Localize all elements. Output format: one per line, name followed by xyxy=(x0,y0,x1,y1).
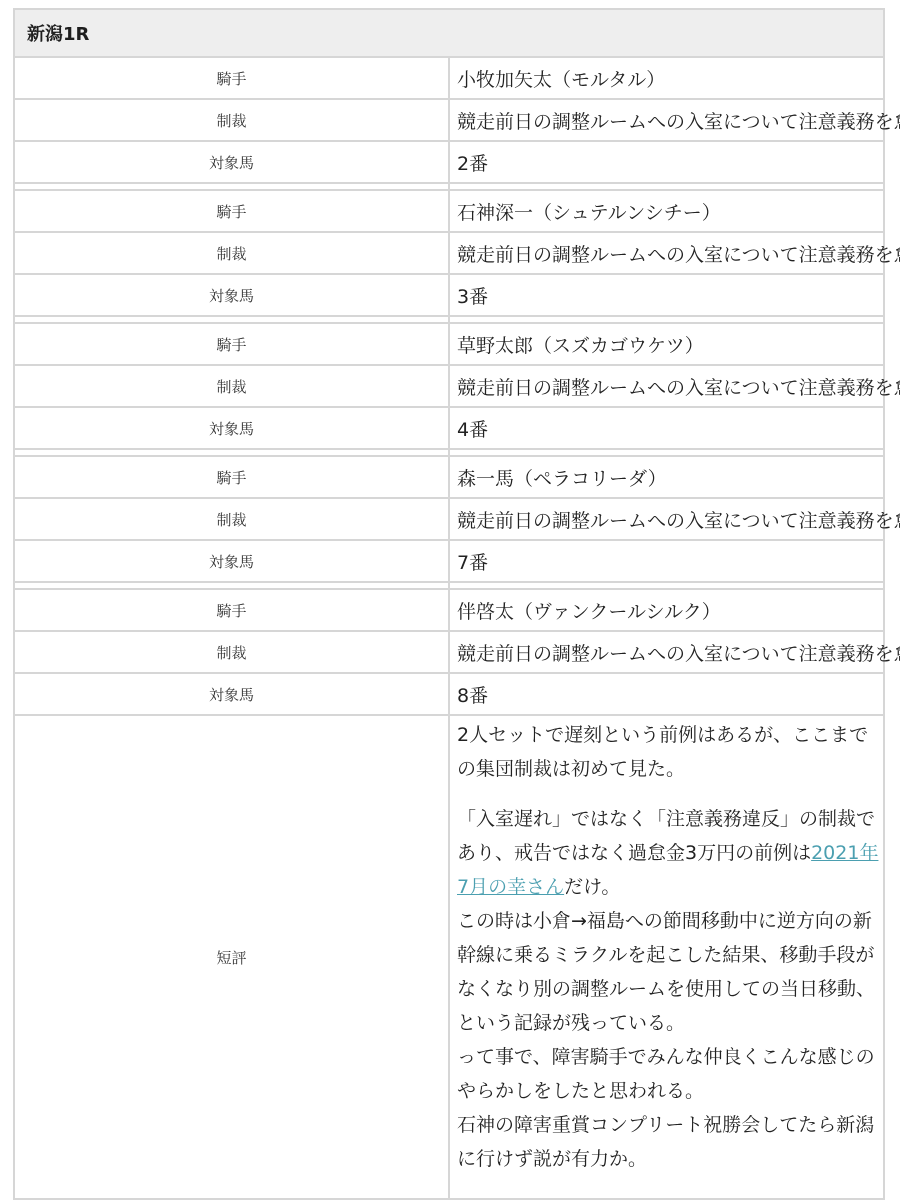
race-title: 新潟1R xyxy=(14,9,884,57)
jockey-row: 騎手 石神深一（シュテルンシチー） xyxy=(14,190,884,232)
sanction-value: 競走前日の調整ルームへの入室について注意義務を怠り過怠金30000円 xyxy=(449,498,884,540)
sanction-label: 制裁 xyxy=(14,365,449,407)
horse-row: 対象馬 7番 xyxy=(14,540,884,582)
sanction-value: 競走前日の調整ルームへの入室について注意義務を怠り過怠金30000円 xyxy=(449,99,884,141)
horse-row: 対象馬 3番 xyxy=(14,274,884,316)
jockey-value: 森一馬（ペラコリーダ） xyxy=(449,456,884,498)
sanction-row: 制裁 競走前日の調整ルームへの入室について注意義務を怠り過怠金30000円 xyxy=(14,99,884,141)
horse-value: 7番 xyxy=(449,540,884,582)
jockey-label: 騎手 xyxy=(14,323,449,365)
paragraph-gap xyxy=(457,786,879,802)
jockey-value: 小牧加矢太（モルタル） xyxy=(449,57,884,99)
jockey-row: 騎手 森一馬（ペラコリーダ） xyxy=(14,456,884,498)
separator-row xyxy=(14,449,884,456)
jockey-label: 騎手 xyxy=(14,589,449,631)
sanction-value: 競走前日の調整ルームへの入室について注意義務を怠り過怠金30000円 xyxy=(449,232,884,274)
jockey-label: 騎手 xyxy=(14,456,449,498)
sanction-row: 制裁 競走前日の調整ルームへの入室について注意義務を怠り過怠金30000円 xyxy=(14,631,884,673)
sanction-label: 制裁 xyxy=(14,631,449,673)
horse-label: 対象馬 xyxy=(14,673,449,715)
jockey-value: 草野太郎（スズカゴウケツ） xyxy=(449,323,884,365)
jockey-row: 騎手 伴啓太（ヴァンクールシルク） xyxy=(14,589,884,631)
comment-text: だけ。 xyxy=(564,876,620,898)
sanction-value: 競走前日の調整ルームへの入室について注意義務を怠り過怠金30000円 xyxy=(449,631,884,673)
sanction-row: 制裁 競走前日の調整ルームへの入室について注意義務を怠り過怠金30000円 xyxy=(14,498,884,540)
separator-row xyxy=(14,582,884,589)
sanction-value: 競走前日の調整ルームへの入室について注意義務を怠り過怠金30000円 xyxy=(449,365,884,407)
horse-value: 2番 xyxy=(449,141,884,183)
horse-label: 対象馬 xyxy=(14,274,449,316)
sanction-label: 制裁 xyxy=(14,232,449,274)
horse-value: 3番 xyxy=(449,274,884,316)
sanction-label: 制裁 xyxy=(14,498,449,540)
jockey-label: 騎手 xyxy=(14,57,449,99)
comment-paragraph: 2人セットで遅刻という前例はあるが、ここまでの集団制裁は初めて見た。 xyxy=(457,718,879,786)
horse-row: 対象馬 2番 xyxy=(14,141,884,183)
jockey-value: 石神深一（シュテルンシチー） xyxy=(449,190,884,232)
sanction-row: 制裁 競走前日の調整ルームへの入室について注意義務を怠り過怠金30000円 xyxy=(14,232,884,274)
horse-label: 対象馬 xyxy=(14,141,449,183)
comment-paragraph: 「入室遅れ」ではなく「注意義務違反」の制裁であり、戒告ではなく過怠金3万円の前例… xyxy=(457,802,879,904)
comment-body: 2人セットで遅刻という前例はあるが、ここまでの集団制裁は初めて見た。 「入室遅れ… xyxy=(449,715,884,1082)
jockey-value: 伴啓太（ヴァンクールシルク） xyxy=(449,589,884,631)
comment-label: 短評 xyxy=(14,715,449,1082)
horse-label: 対象馬 xyxy=(14,407,449,449)
horse-row: 対象馬 8番 xyxy=(14,673,884,715)
sanction-label: 制裁 xyxy=(14,99,449,141)
comment-row: 短評 2人セットで遅刻という前例はあるが、ここまでの集団制裁は初めて見た。 「入… xyxy=(14,715,884,1082)
sanction-row: 制裁 競走前日の調整ルームへの入室について注意義務を怠り過怠金30000円 xyxy=(14,365,884,407)
horse-value: 4番 xyxy=(449,407,884,449)
jockey-label: 騎手 xyxy=(14,190,449,232)
jockey-row: 騎手 草野太郎（スズカゴウケツ） xyxy=(14,323,884,365)
separator-row xyxy=(14,183,884,190)
horse-value: 8番 xyxy=(449,673,884,715)
sanction-table: 新潟1R 騎手 小牧加矢太（モルタル） 制裁 競走前日の調整ルームへの入室につい… xyxy=(13,8,885,1082)
comment-paragraph: この時は小倉→福島への節間移動中に逆方向の新幹線に乗るミラクルを起こした結果、移… xyxy=(457,904,879,1040)
horse-label: 対象馬 xyxy=(14,540,449,582)
sanction-table-container: 新潟1R 騎手 小牧加矢太（モルタル） 制裁 競走前日の調整ルームへの入室につい… xyxy=(13,8,885,1082)
comment-paragraph: って事で、障害騎手でみんな仲良くこんな感じのやらかしをしたと思われる。 xyxy=(457,1040,879,1082)
horse-row: 対象馬 4番 xyxy=(14,407,884,449)
separator-row xyxy=(14,316,884,323)
jockey-row: 騎手 小牧加矢太（モルタル） xyxy=(14,57,884,99)
